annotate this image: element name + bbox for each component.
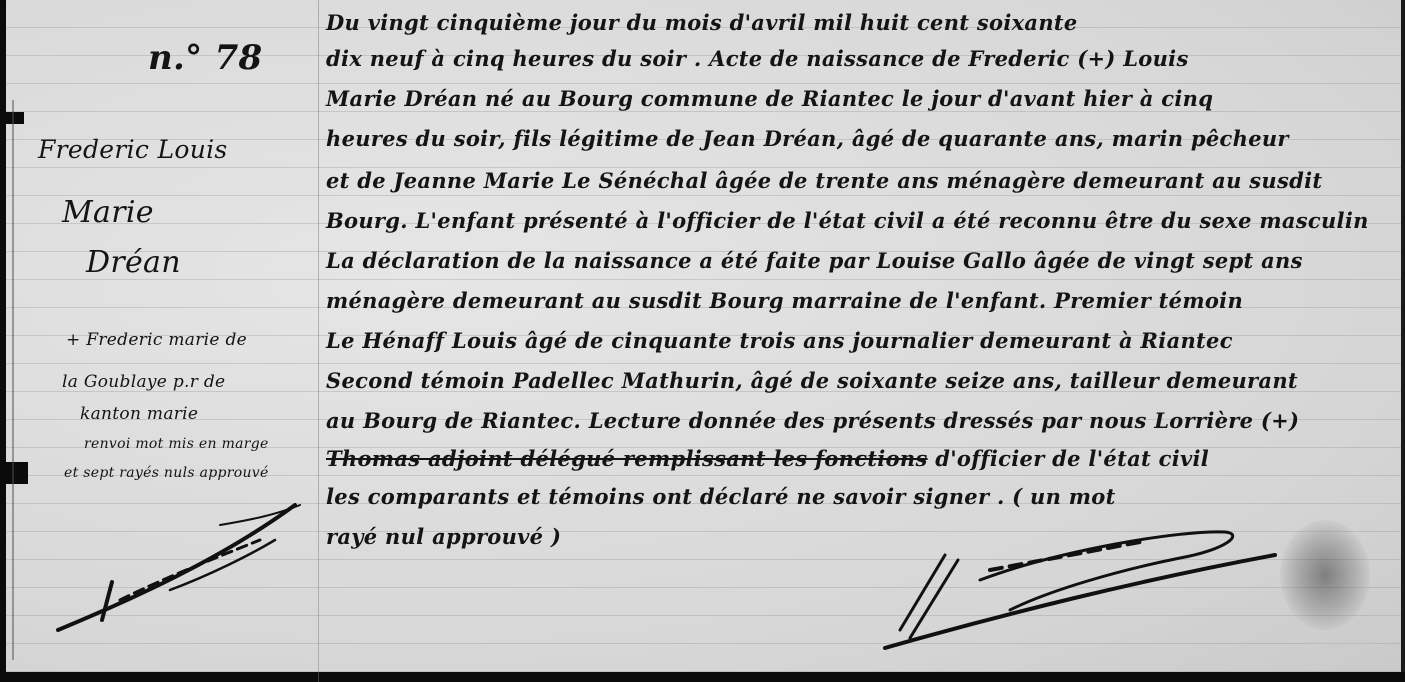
entry-line: rayé nul approuvé ) <box>326 524 561 549</box>
margin-note-line: la Goublaye p.r de <box>62 372 225 392</box>
margin-note-line: kanton marie <box>80 404 198 424</box>
binding-tab <box>0 462 28 484</box>
entry-line-rest: d'officier de l'état civil <box>928 446 1209 471</box>
entry-line: dix neuf à cinq heures du soir . Acte de… <box>326 46 1189 71</box>
page-binding-edge <box>0 0 6 682</box>
record-number: n.° 78 <box>148 38 263 78</box>
entry-line: Du vingt cinquième jour du mois d'avril … <box>326 10 1078 35</box>
entry-line-struck: Thomas adjoint délégué remplissant les f… <box>326 446 1209 471</box>
entry-line: Marie Dréan né au Bourg commune de Riant… <box>326 86 1213 111</box>
entry-line: au Bourg de Riantec. Lecture donnée des … <box>326 408 1299 433</box>
entry-line: les comparants et témoins ont déclaré ne… <box>326 484 1116 509</box>
margin-note-line: renvoi mot mis en marge <box>84 436 269 452</box>
margin-note-line: + Frederic marie de <box>66 330 247 350</box>
margin-signature <box>50 500 310 640</box>
entry-line: Le Hénaff Louis âgé de cinquante trois a… <box>326 328 1233 353</box>
entry-line: et de Jeanne Marie Le Sénéchal âgée de t… <box>326 168 1322 193</box>
margin-name-middle: Marie <box>62 195 154 230</box>
officer-signature <box>880 520 1300 660</box>
margin-note-line: et sept rayés nuls approuvé <box>64 465 269 481</box>
margin-name-surname: Dréan <box>86 245 181 280</box>
entry-line: Second témoin Padellec Mathurin, âgé de … <box>326 368 1298 393</box>
page-edge <box>1401 0 1405 682</box>
register-page: n.° 78 Frederic Louis Marie Dréan + Fred… <box>0 0 1405 682</box>
margin-name-given: Frederic Louis <box>38 135 228 164</box>
margin-rule <box>12 100 14 660</box>
page-edge-bottom <box>0 672 1405 682</box>
struck-words: Thomas adjoint délégué remplissant les f… <box>326 446 928 471</box>
entry-line: La déclaration de la naissance a été fai… <box>326 248 1303 273</box>
column-rule <box>318 0 319 682</box>
entry-line: heures du soir, fils légitime de Jean Dr… <box>326 126 1289 151</box>
entry-line: ménagère demeurant au susdit Bourg marra… <box>326 288 1243 313</box>
entry-line: Bourg. L'enfant présenté à l'officier de… <box>326 208 1369 233</box>
